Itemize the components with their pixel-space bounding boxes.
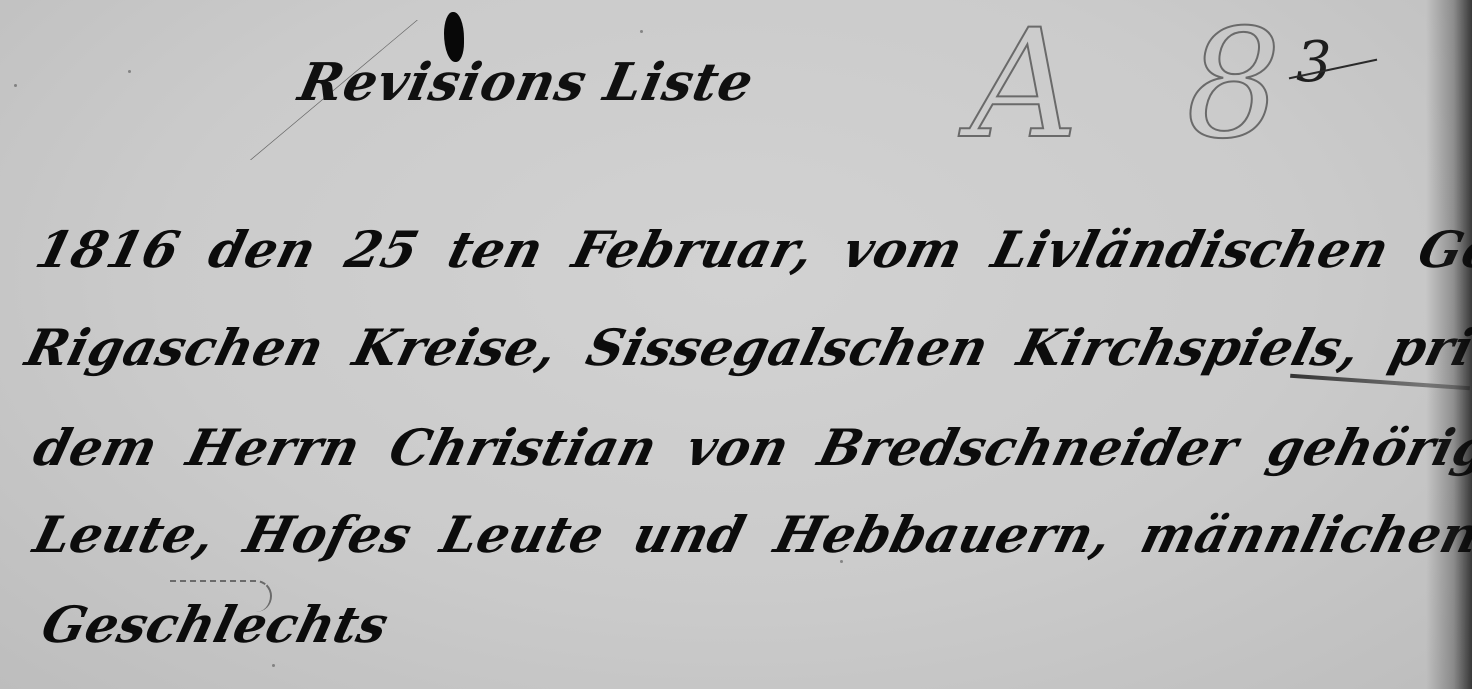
paper-speck: [640, 30, 643, 33]
paper-speck: [272, 664, 275, 667]
paper-speck: [128, 70, 131, 73]
document-title: Revisions Liste: [294, 52, 760, 113]
text-line-4: Leute, Hofes Leute und Hebbauern, männli…: [28, 505, 1472, 564]
text-line-1: 1816 den 25 ten Februar, vom Livländisch…: [30, 220, 1472, 279]
document-page: Revisions Liste A 8 3 1816 den 25 ten Fe…: [0, 0, 1472, 689]
page-number: 3: [1296, 30, 1332, 95]
paper-speck: [14, 84, 17, 87]
text-line-5: Geschlechts: [36, 595, 395, 654]
text-line-2: Rigaschen Kreise, Sissegalschen Kirchspi…: [20, 318, 1472, 377]
text-line-3: dem Herrn Christian von Bredschneider ge…: [28, 418, 1472, 477]
archive-pencil-mark: A 8: [970, 0, 1311, 170]
